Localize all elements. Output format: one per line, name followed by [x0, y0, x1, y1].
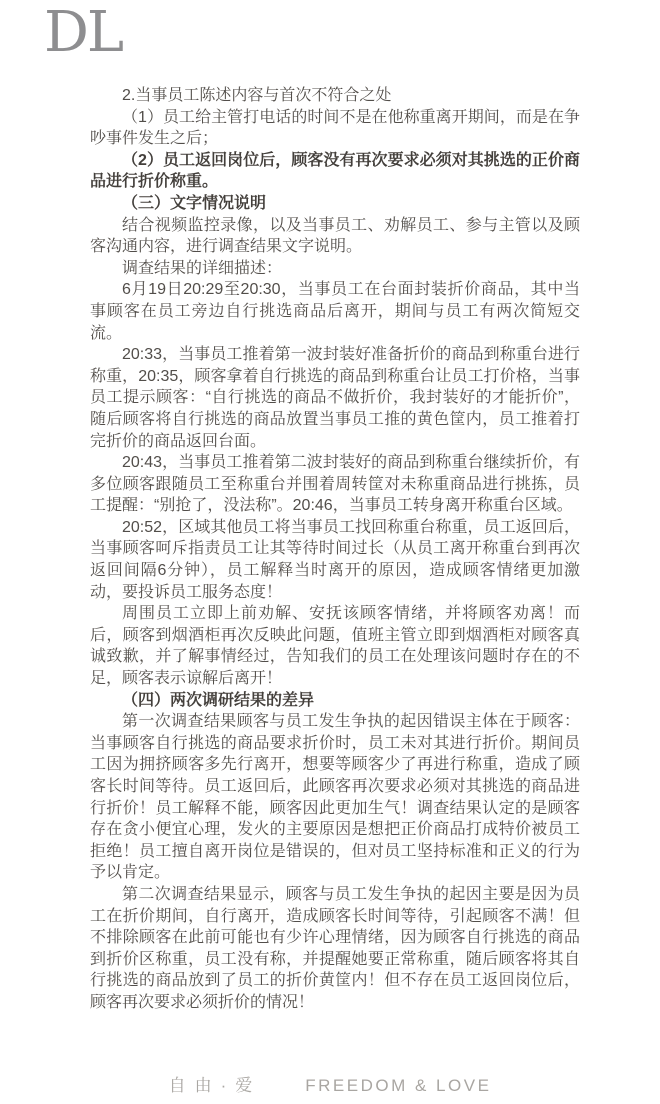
footer-slogan-cn: 自由·爱 — [169, 1071, 262, 1096]
page-footer: 自由·爱 FREEDOM & LOVE — [0, 1071, 660, 1096]
doc-paragraph-timeline-2033: 20:33，当事员工推着第一波封装好准备折价的商品到称重台进行称重，20:35，… — [90, 344, 580, 452]
doc-heading-section-3: （三）文字情况说明 — [90, 193, 580, 215]
doc-paragraph-point-2: （2）员工返回岗位后，顾客没有再次要求必须对其挑选的正价商品进行折价称重。 — [90, 150, 580, 193]
brand-logo: DL ˇ — [44, 0, 122, 66]
doc-paragraph-detail-label: 调查结果的详细描述： — [90, 258, 580, 280]
doc-paragraph-first-survey: 第一次调查结果顾客与员工发生争执的起因错误主体在于顾客：当事顾客自行挑选的商品要… — [90, 711, 580, 884]
doc-paragraph-discrepancy-title: 2.当事员工陈述内容与首次不符合之处 — [90, 85, 580, 107]
doc-paragraph-timeline-2052: 20:52，区域其他员工将当事员工找回称重台称重，员工返回后，当事顾客呵斥指责员… — [90, 517, 580, 603]
document-body: 2.当事员工陈述内容与首次不符合之处 （1）员工给主管打电话的时间不是在他称重离… — [90, 85, 580, 1014]
doc-paragraph-resolution: 周围员工立即上前劝解、安抚该顾客情绪，并将顾客劝离！而后，顾客到烟酒柜再次反映此… — [90, 603, 580, 689]
doc-paragraph-second-survey: 第二次调查结果显示，顾客与员工发生争执的起因主要是因为员工在折价期间，自行离开，… — [90, 884, 580, 1014]
doc-paragraph-timeline-2043: 20:43，当事员工推着第二波封装好的商品到称重台继续折价，有多位顾客跟随员工至… — [90, 452, 580, 517]
doc-paragraph-timeline-2029: 6月19日20:29至20:30，当事员工在台面封装折价商品，其中当事顾客在员工… — [90, 279, 580, 344]
doc-heading-section-4: （四）两次调研结果的差异 — [90, 690, 580, 712]
doc-paragraph-intro: 结合视频监控录像，以及当事员工、劝解员工、参与主管以及顾客沟通内容，进行调查结果… — [90, 215, 580, 258]
doc-paragraph-point-1: （1）员工给主管打电话的时间不是在他称重离开期间，而是在争吵事件发生之后； — [90, 107, 580, 150]
footer-slogan-en: FREEDOM & LOVE — [305, 1076, 491, 1096]
